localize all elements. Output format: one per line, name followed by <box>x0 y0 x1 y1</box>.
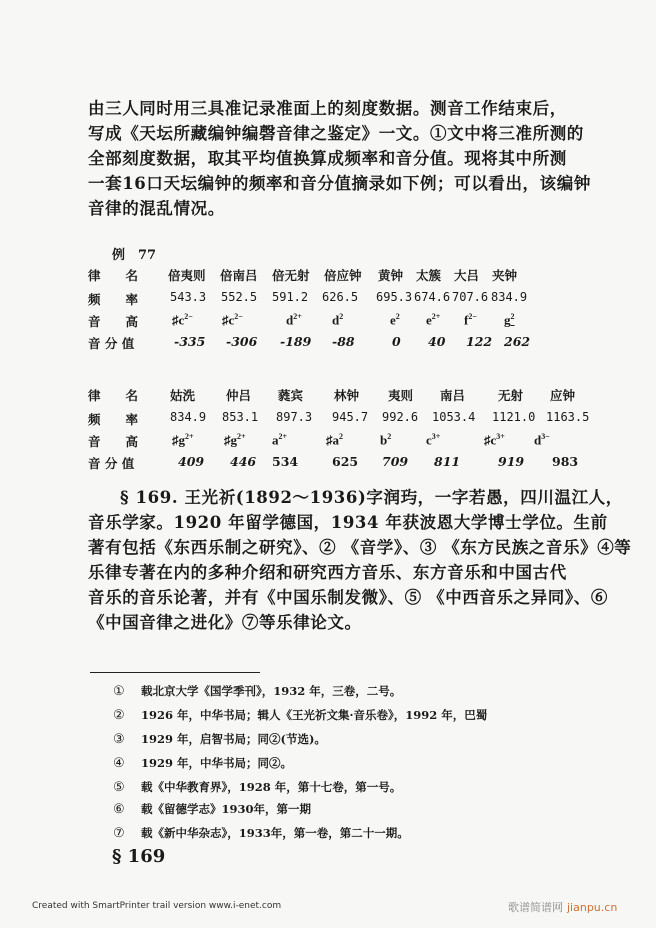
cell: 无射 <box>498 386 523 404</box>
footnote-5: ⑤载《中华教育界》，1928 年，第十七卷，第一号。 <box>113 779 401 795</box>
cell: 黄钟 <box>378 266 403 284</box>
text-line: 著有包括《东西乐制之研究》、② 《音学》、③ 《东方民族之音乐》④等 <box>88 535 598 560</box>
cell: 倍夷则 <box>168 266 206 284</box>
cell: 大吕 <box>454 266 479 284</box>
cell: 591.2 <box>272 290 308 304</box>
cell: 倍应钟 <box>324 266 362 284</box>
row-label: 音 分 值 <box>88 334 134 352</box>
cell: 853.1 <box>222 410 258 424</box>
cell: 626.5 <box>322 290 358 304</box>
cell: 1053.4 <box>432 410 475 424</box>
footnote-text: 1929 年，启智书局；同②(节选)。 <box>141 732 326 746</box>
pitch-cell: f2− <box>464 312 477 328</box>
row-label: 音 分 值 <box>88 454 134 472</box>
text-line: 《中国音律之进化》⑦等乐律论文。 <box>88 610 598 635</box>
cell: -335 <box>174 334 205 349</box>
cell: 992.6 <box>382 410 418 424</box>
cell: 834.9 <box>491 290 527 304</box>
text-line: 一套16口天坛编钟的频率和音分值摘录如下例；可以看出，该编钟 <box>88 171 598 196</box>
row-label: 频 率 <box>88 290 138 308</box>
cell: 945.7 <box>332 410 368 424</box>
cell: 834.9 <box>170 410 206 424</box>
footnote-4: ④1929 年，中华书局；同②。 <box>113 755 292 771</box>
cell: 40 <box>428 334 445 349</box>
cell: 811 <box>434 454 460 469</box>
pitch-cell: ♯c2− <box>222 312 243 328</box>
pitch-cell: ♯g2+ <box>172 432 194 448</box>
pitch-cell: a2+ <box>272 432 287 448</box>
site-logo-en: jianpu.cn <box>567 901 617 914</box>
footnote-text: 载《新中华杂志》，1933年，第一卷，第二十一期。 <box>141 826 409 840</box>
cell: 674.6 <box>414 290 450 304</box>
cell: 林钟 <box>334 386 359 404</box>
cell: 552.5 <box>221 290 257 304</box>
cell: 709 <box>382 454 408 469</box>
example-label: 例 77 <box>112 244 156 263</box>
cell: 409 <box>178 454 204 469</box>
cell: 仲吕 <box>226 386 251 404</box>
cell: 543.3 <box>170 290 206 304</box>
pitch-cell: d2+ <box>286 312 302 328</box>
cell: -88 <box>332 334 355 349</box>
footnote-6: ⑥载《留德学志》1930年，第一期 <box>113 801 311 817</box>
pitch-cell: d2 <box>332 312 343 328</box>
section-footer: § 169 <box>112 846 165 867</box>
cell: 南吕 <box>440 386 465 404</box>
cell: 姑洗 <box>170 386 195 404</box>
footnote-text: 载《留德学志》1930年，第一期 <box>141 802 311 816</box>
cell: 夹钟 <box>492 266 517 284</box>
document-page: 由三人同时用三具准记录准面上的刻度数据。测音工作结束后， 写成《天坛所藏编钟编磬… <box>0 0 656 928</box>
pitch-cell: e2+ <box>426 312 440 328</box>
text-line: 音乐学家。1920 年留学德国，1934 年获波恩大学博士学位。生前 <box>88 510 598 535</box>
cell: 897.3 <box>276 410 312 424</box>
footnote-number: ④ <box>113 756 141 771</box>
footnote-number: ⑦ <box>113 826 141 841</box>
cell: 应钟 <box>550 386 575 404</box>
footnote-number: ⑤ <box>113 780 141 795</box>
cell: 蕤宾 <box>278 386 303 404</box>
cell: 625 <box>332 454 358 469</box>
pitch-cell: c3+ <box>426 432 440 448</box>
row-label: 律 名 <box>88 386 138 404</box>
footnote-1: ①载北京大学《国学季刊》，1932 年，三卷，二号。 <box>113 683 401 699</box>
cell: -189 <box>280 334 311 349</box>
cell: 0 <box>392 334 401 349</box>
footnote-number: ① <box>113 684 141 699</box>
cell: 262 <box>504 334 530 349</box>
row-label: 频 率 <box>88 410 138 428</box>
pitch-cell: d3− <box>534 432 550 448</box>
site-logo-cn: 歌谱简谱网 <box>508 901 563 914</box>
footnote-number: ⑥ <box>113 802 141 817</box>
cell: 919 <box>498 454 524 469</box>
pitch-cell: b2 <box>380 432 391 448</box>
cell: -306 <box>226 334 257 349</box>
pitch-cell: ♯c3+ <box>484 432 505 448</box>
footnote-2: ②1926 年，中华书局；辑人《王光祈文集·音乐卷》，1992 年，巴蜀 <box>113 707 487 723</box>
cell: 倍南吕 <box>220 266 258 284</box>
row-label: 音 高 <box>88 312 138 330</box>
row-label: 音 高 <box>88 432 138 450</box>
footnote-3: ③1929 年，启智书局；同②(节选)。 <box>113 731 326 747</box>
intro-paragraph: 由三人同时用三具准记录准面上的刻度数据。测音工作结束后， 写成《天坛所藏编钟编磬… <box>88 96 598 221</box>
pitch-cell: g2 <box>504 312 515 328</box>
footnote-text: 载《中华教育界》，1928 年，第十七卷，第一号。 <box>141 780 401 794</box>
text-line: 音律的混乱情况。 <box>88 196 598 221</box>
text-line: 乐律专著在内的多种介绍和研究西方音乐、东方音乐和中国古代 <box>88 560 598 585</box>
watermark-text: Created with SmartPrinter trail version … <box>32 901 281 911</box>
text-line: § 169. 王光祈(1892～1936)字润玙，一字若愚，四川温江人， <box>88 485 598 510</box>
text-line: 音乐的音乐论著，并有《中国乐制发微》、⑤ 《中西音乐之异同》、⑥ <box>88 585 598 610</box>
footnote-text: 1929 年，中华书局；同②。 <box>141 756 292 770</box>
footnote-number: ③ <box>113 732 141 747</box>
cell: 707.6 <box>452 290 488 304</box>
footnote-number: ② <box>113 708 141 723</box>
row-label: 律 名 <box>88 266 138 284</box>
cell: 983 <box>552 454 578 469</box>
cell: 夷则 <box>388 386 413 404</box>
footnote-divider <box>90 672 260 673</box>
pitch-cell: ♯g2+ <box>224 432 246 448</box>
cell: 122 <box>466 334 492 349</box>
cell: 446 <box>230 454 256 469</box>
footnote-text: 1926 年，中华书局；辑人《王光祈文集·音乐卷》，1992 年，巴蜀 <box>141 708 487 722</box>
text-line: 全部刻度数据，取其平均值换算成频率和音分值。现将其中所测 <box>88 146 598 171</box>
pitch-cell: e2 <box>390 312 400 328</box>
text-line: 由三人同时用三具准记录准面上的刻度数据。测音工作结束后， <box>88 96 598 121</box>
cell: 太簇 <box>416 266 441 284</box>
text-line: 写成《天坛所藏编钟编磬音律之鉴定》一文。①文中将三准所测的 <box>88 121 598 146</box>
cell: 1121.0 <box>492 410 535 424</box>
footnote-7: ⑦载《新中华杂志》，1933年，第一卷，第二十一期。 <box>113 825 409 841</box>
pitch-cell: ♯a2 <box>326 432 343 448</box>
cell: 695.3 <box>376 290 412 304</box>
cell: 1163.5 <box>546 410 589 424</box>
cell: 倍无射 <box>272 266 310 284</box>
cell: 534 <box>272 454 298 469</box>
footnote-text: 载北京大学《国学季刊》，1932 年，三卷，二号。 <box>141 684 401 698</box>
site-logo: 歌谱简谱网jianpu.cn <box>508 899 617 915</box>
section-169-paragraph: § 169. 王光祈(1892～1936)字润玙，一字若愚，四川温江人， 音乐学… <box>88 485 598 635</box>
pitch-cell: ♯c2− <box>172 312 193 328</box>
